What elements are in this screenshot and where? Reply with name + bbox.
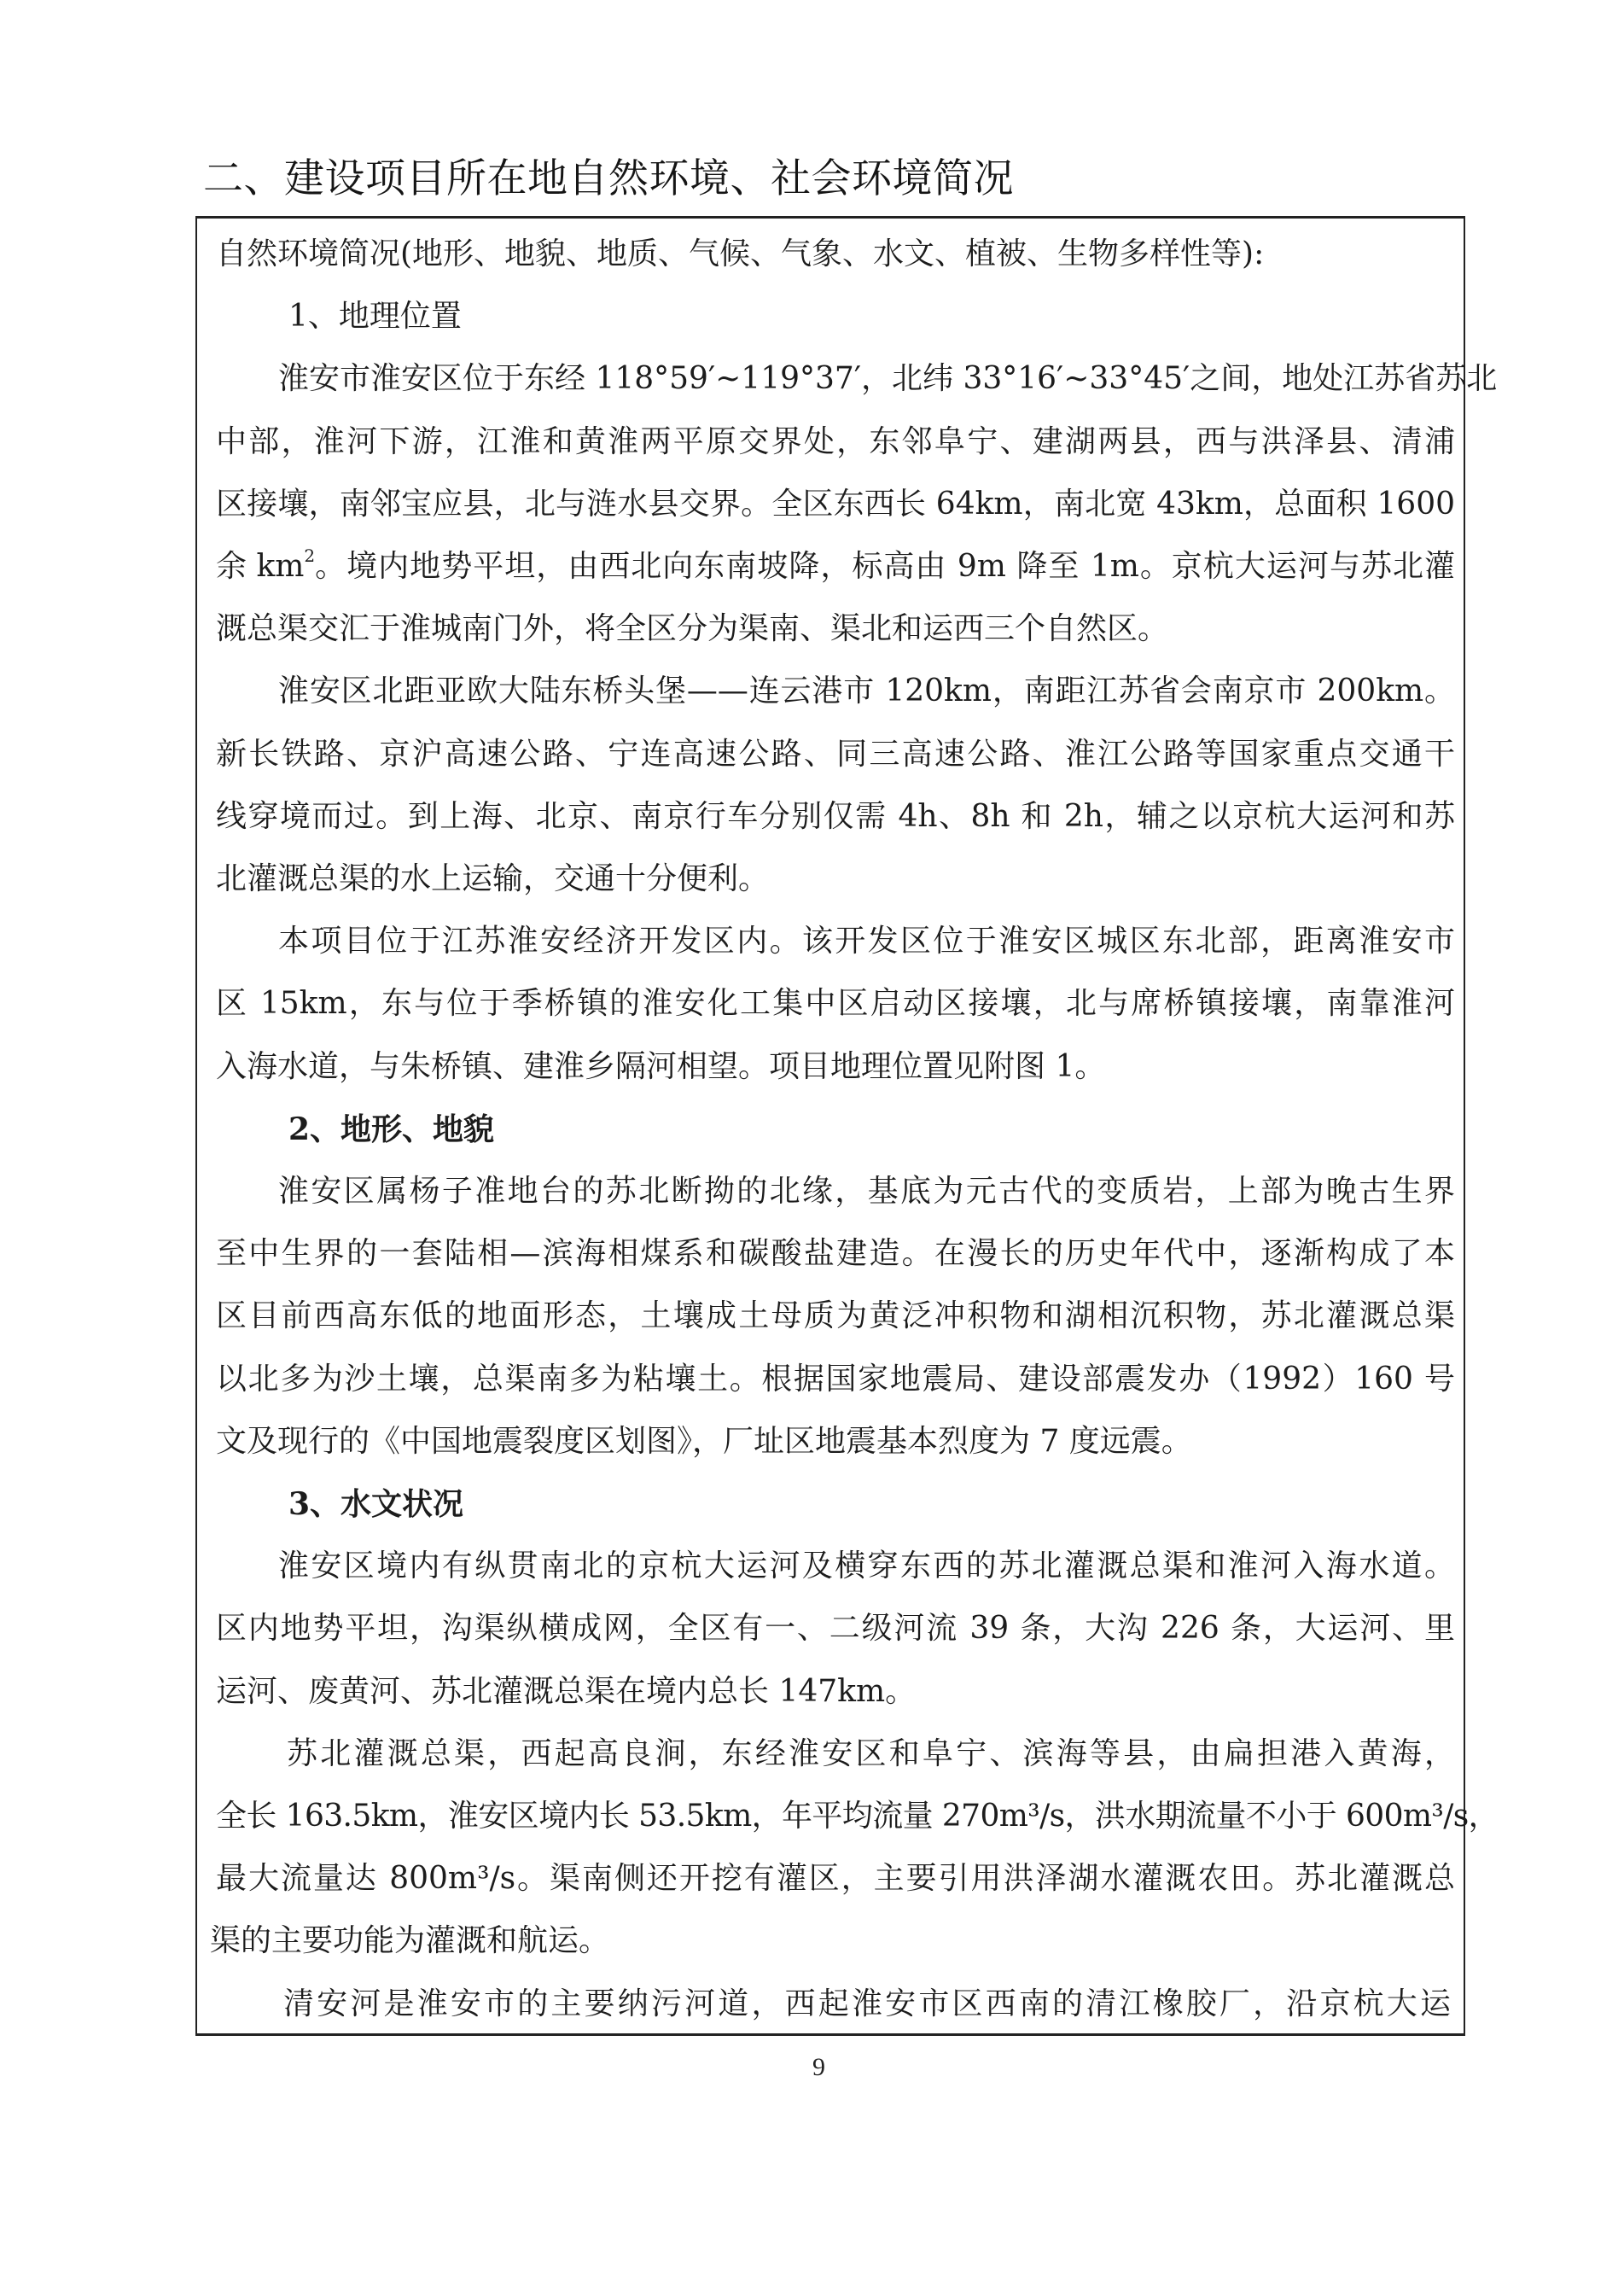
paragraph-line: 渠的主要功能为灌溉和航运。: [210, 1922, 609, 1960]
paragraph-line: 新长铁路、京沪高速公路、宁连高速公路、同三高速公路、淮江公路等国家重点交通干: [216, 736, 1455, 773]
area-unit: 余 km2: [216, 548, 315, 586]
section-title: 二、建设项目所在地自然环境、社会环境简况: [203, 152, 1014, 207]
paragraph-line: 入海水道，与朱桥镇、建淮乡隔河相望。项目地理位置见附图 1。: [216, 1048, 1105, 1086]
paragraph-line: 线穿境而过。到上海、北京、南京行车分别仅需 4h、8h 和 2h，辅之以京杭大运…: [216, 798, 1455, 836]
paragraph-line: 清安河是淮安市的主要纳污河道，西起淮安市区西南的清江橡胶厂，沿京杭大运: [283, 1986, 1451, 2023]
paragraph-line: 北灌溉总渠的水上运输，交通十分便利。: [216, 860, 769, 898]
paragraph-line: 最大流量达 800m³/s。渠南侧还开挖有灌区，主要引用洪泽湖水灌溉农田。苏北灌…: [216, 1860, 1455, 1898]
paragraph-line: 全长 163.5km，淮安区境内长 53.5km，年平均流量 270m³/s，洪…: [216, 1798, 1455, 1835]
paragraph-line: 至中生界的一套陆相—滨海相煤系和碳酸盐建造。在漫长的历史年代中，逐渐构成了本: [216, 1235, 1455, 1273]
paragraph-line: 区内地势平坦，沟渠纵横成网，全区有一、二级河流 39 条，大沟 226 条，大运…: [216, 1610, 1455, 1648]
paragraph-line: 溉总渠交汇于淮城南门外，将全区分为渠南、渠北和运西三个自然区。: [216, 610, 1168, 648]
paragraph-line: 运河、废黄河、苏北灌溉总渠在境内总长 147km。: [216, 1673, 916, 1711]
heading-terrain: 2、地形、地貌: [288, 1111, 494, 1148]
paragraph-line: 淮安区属杨子准地台的苏北断拗的北缘，基底为元古代的变质岩，上部为晚古生界: [278, 1173, 1455, 1210]
paragraph-line: 中部，淮河下游，江淮和黄淮两平原交界处，东邻阜宁、建湖两县，西与洪泽县、清浦: [216, 423, 1455, 461]
heading-hydrology: 3、水文状况: [288, 1485, 463, 1523]
superscript-2: 2: [304, 545, 315, 566]
paragraph-line: 区 15km，东与位于季桥镇的淮安化工集中区启动区接壤，北与席桥镇接壤，南靠淮河: [216, 985, 1455, 1023]
paragraph-line-rest: 。境内地势平坦，由西北向东南坡降，标高由 9m 降至 1m。京杭大运河与苏北灌: [315, 548, 1455, 586]
intro-text: 自然环境简况(地形、地貌、地质、气候、气象、水文、植被、生物多样性等):: [216, 236, 1264, 273]
paragraph-line: 淮安市淮安区位于东经 118°59′~119°37′，北纬 33°16′~33°…: [278, 360, 1455, 398]
paragraph-line: 文及现行的《中国地震裂度区划图》，厂址区地震基本烈度为 7 度远震。: [216, 1423, 1192, 1461]
heading-geographic-location: 1、地理位置: [288, 298, 462, 335]
page-number: 9: [812, 2050, 825, 2085]
paragraph-line: 余 km2 。境内地势平坦，由西北向东南坡降，标高由 9m 降至 1m。京杭大运…: [216, 548, 1455, 586]
paragraph-line: 以北多为沙土壤，总渠南多为粘壤土。根据国家地震局、建设部震发办（1992）160…: [216, 1361, 1455, 1398]
paragraph-line: 本项目位于江苏淮安经济开发区内。该开发区位于淮安区城区东北部，距离淮安市: [278, 923, 1455, 960]
paragraph-line: 淮安区境内有纵贯南北的京杭大运河及横穿东西的苏北灌溉总渠和淮河入海水道。: [278, 1548, 1455, 1585]
paragraph-line: 区目前西高东低的地面形态，土壤成土母质为黄泛冲积物和湖相沉积物，苏北灌溉总渠: [216, 1298, 1455, 1335]
area-unit-text: 余 km: [216, 549, 304, 584]
paragraph-line: 淮安区北距亚欧大陆东桥头堡——连云港市 120km，南距江苏省会南京市 200k…: [278, 673, 1455, 710]
paragraph-line: 区接壤，南邻宝应县，北与涟水县交界。全区东西长 64km，南北宽 43km，总面…: [216, 486, 1455, 523]
paragraph-line: 苏北灌溉总渠，西起高良涧，东经淮安区和阜宁、滨海等县，由扁担港入黄海，: [287, 1735, 1455, 1773]
